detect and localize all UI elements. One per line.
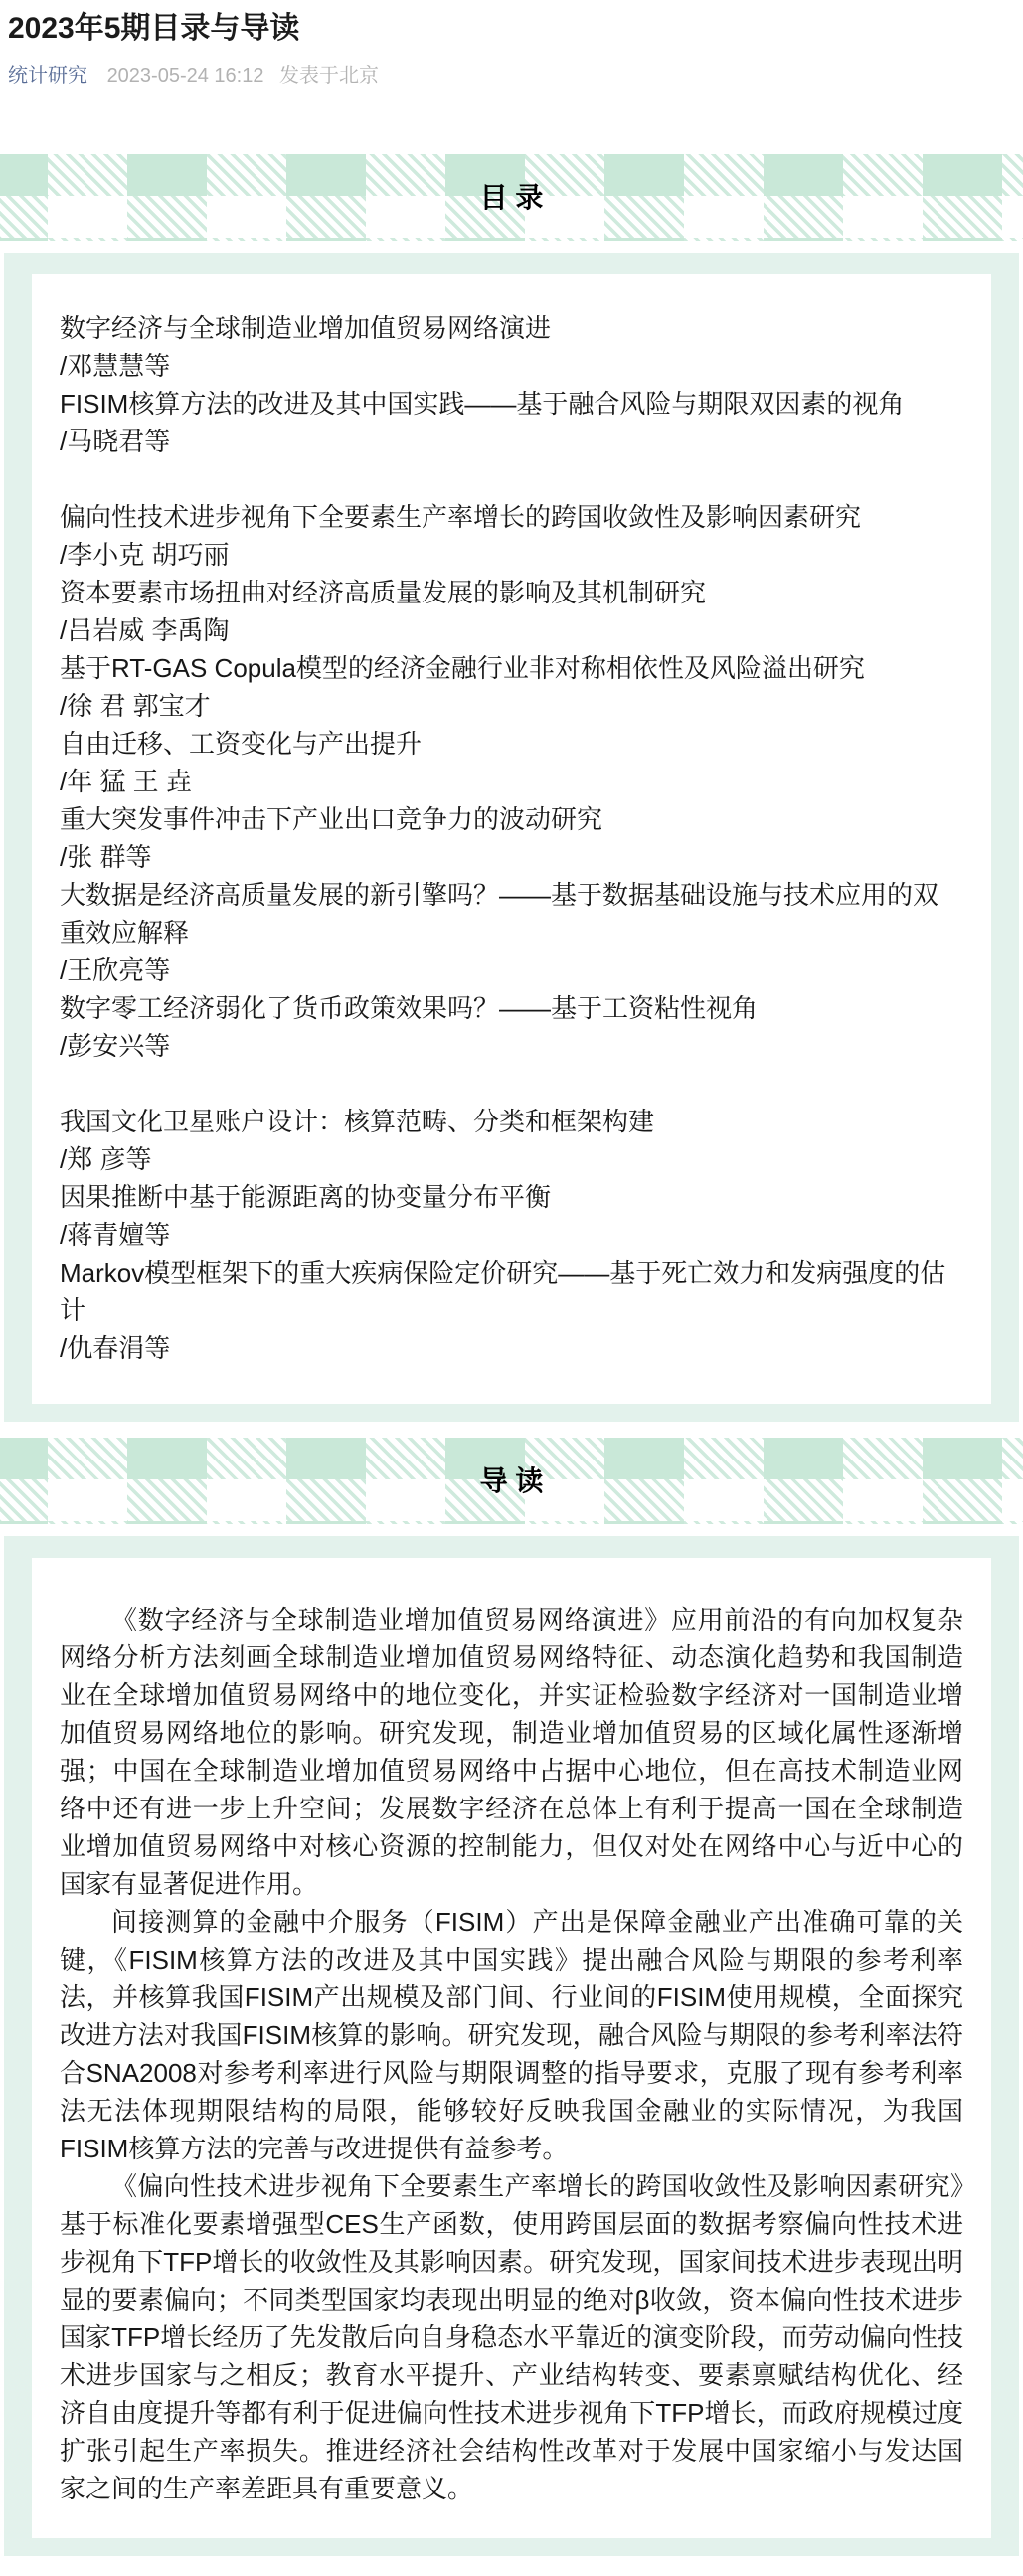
toc-line: /年 猛 王 垚 bbox=[60, 763, 963, 800]
intro-paragraph: 《偏向性技术进步视角下全要素生产率增长的跨国收敛性及影响因素研究》基于标准化要素… bbox=[60, 2167, 963, 2507]
intro-card: 《数字经济与全球制造业增加值贸易网络演进》应用前沿的有向加权复杂网络分析方法刻画… bbox=[32, 1558, 991, 2538]
toc-line: /徐 君 郭宝才 bbox=[60, 687, 963, 725]
article-header: 2023年5期目录与导读 统计研究 2023-05-24 16:12 发表于北京 bbox=[0, 0, 1023, 87]
toc-line: /邓慧慧等 bbox=[60, 347, 963, 385]
toc-line: /蒋青嬗等 bbox=[60, 1216, 963, 1254]
account-link[interactable]: 统计研究 bbox=[8, 65, 87, 86]
toc-heading: 目 录 bbox=[480, 183, 544, 213]
toc-frame: 数字经济与全球制造业增加值贸易网络演进 /邓慧慧等 FISIM核算方法的改进及其… bbox=[4, 253, 1019, 1422]
intro-section: 导 读 《数字经济与全球制造业增加值贸易网络演进》应用前沿的有向加权复杂网络分析… bbox=[0, 1438, 1023, 2556]
toc-line: /彭安兴等 bbox=[60, 1027, 963, 1065]
toc-line: /仇春涓等 bbox=[60, 1329, 963, 1367]
toc-line bbox=[60, 460, 963, 498]
toc-line: 因果推断中基于能源距离的协变量分布平衡 bbox=[60, 1178, 963, 1216]
intro-paragraph: 间接测算的金融中介服务（FISIM）产出是保障金融业产出准确可靠的关键，《FIS… bbox=[60, 1903, 963, 2167]
toc-line: /李小克 胡巧丽 bbox=[60, 536, 963, 574]
toc-line: 自由迁移、工资变化与产出提升 bbox=[60, 725, 963, 763]
page-title: 2023年5期目录与导读 bbox=[8, 10, 1015, 48]
toc-line: FISIM核算方法的改进及其中国实践——基于融合风险与期限双因素的视角 bbox=[60, 385, 963, 423]
toc-line: Markov模型框架下的重大疾病保险定价研究——基于死亡效力和发病强度的估计 bbox=[60, 1254, 963, 1329]
byline: 统计研究 2023-05-24 16:12 发表于北京 bbox=[8, 64, 1015, 87]
intro-heading: 导 读 bbox=[480, 1466, 544, 1496]
toc-line: /郑 彦等 bbox=[60, 1140, 963, 1178]
toc-line: 数字零工经济弱化了货币政策效果吗？——基于工资粘性视角 bbox=[60, 989, 963, 1027]
toc-section: 目 录 数字经济与全球制造业增加值贸易网络演进 /邓慧慧等 FISIM核算方法的… bbox=[0, 154, 1023, 1422]
toc-header-band: 目 录 bbox=[0, 154, 1023, 241]
intro-paragraph: 《数字经济与全球制造业增加值贸易网络演进》应用前沿的有向加权复杂网络分析方法刻画… bbox=[60, 1601, 963, 1903]
toc-line: 资本要素市场扭曲对经济高质量发展的影响及其机制研究 bbox=[60, 574, 963, 611]
toc-line bbox=[60, 1065, 963, 1103]
toc-line: 偏向性技术进步视角下全要素生产率增长的跨国收敛性及影响因素研究 bbox=[60, 498, 963, 536]
intro-frame: 《数字经济与全球制造业增加值贸易网络演进》应用前沿的有向加权复杂网络分析方法刻画… bbox=[4, 1536, 1019, 2556]
toc-line: 大数据是经济高质量发展的新引擎吗？——基于数据基础设施与技术应用的双重效应解释 bbox=[60, 876, 963, 951]
toc-line: /王欣亮等 bbox=[60, 951, 963, 989]
toc-line: 重大突发事件冲击下产业出口竞争力的波动研究 bbox=[60, 800, 963, 838]
toc-card: 数字经济与全球制造业增加值贸易网络演进 /邓慧慧等 FISIM核算方法的改进及其… bbox=[32, 274, 991, 1404]
toc-line: /马晓君等 bbox=[60, 423, 963, 460]
publish-timestamp: 2023-05-24 16:12 bbox=[107, 65, 264, 86]
publish-location: 发表于北京 bbox=[279, 65, 379, 86]
toc-line: /张 群等 bbox=[60, 838, 963, 876]
toc-line: 我国文化卫星账户设计：核算范畴、分类和框架构建 bbox=[60, 1103, 963, 1140]
toc-line: /吕岩威 李禹陶 bbox=[60, 611, 963, 649]
toc-line: 基于RT-GAS Copula模型的经济金融行业非对称相依性及风险溢出研究 bbox=[60, 649, 963, 687]
toc-line: 数字经济与全球制造业增加值贸易网络演进 bbox=[60, 309, 963, 347]
intro-header-band: 导 读 bbox=[0, 1438, 1023, 1524]
